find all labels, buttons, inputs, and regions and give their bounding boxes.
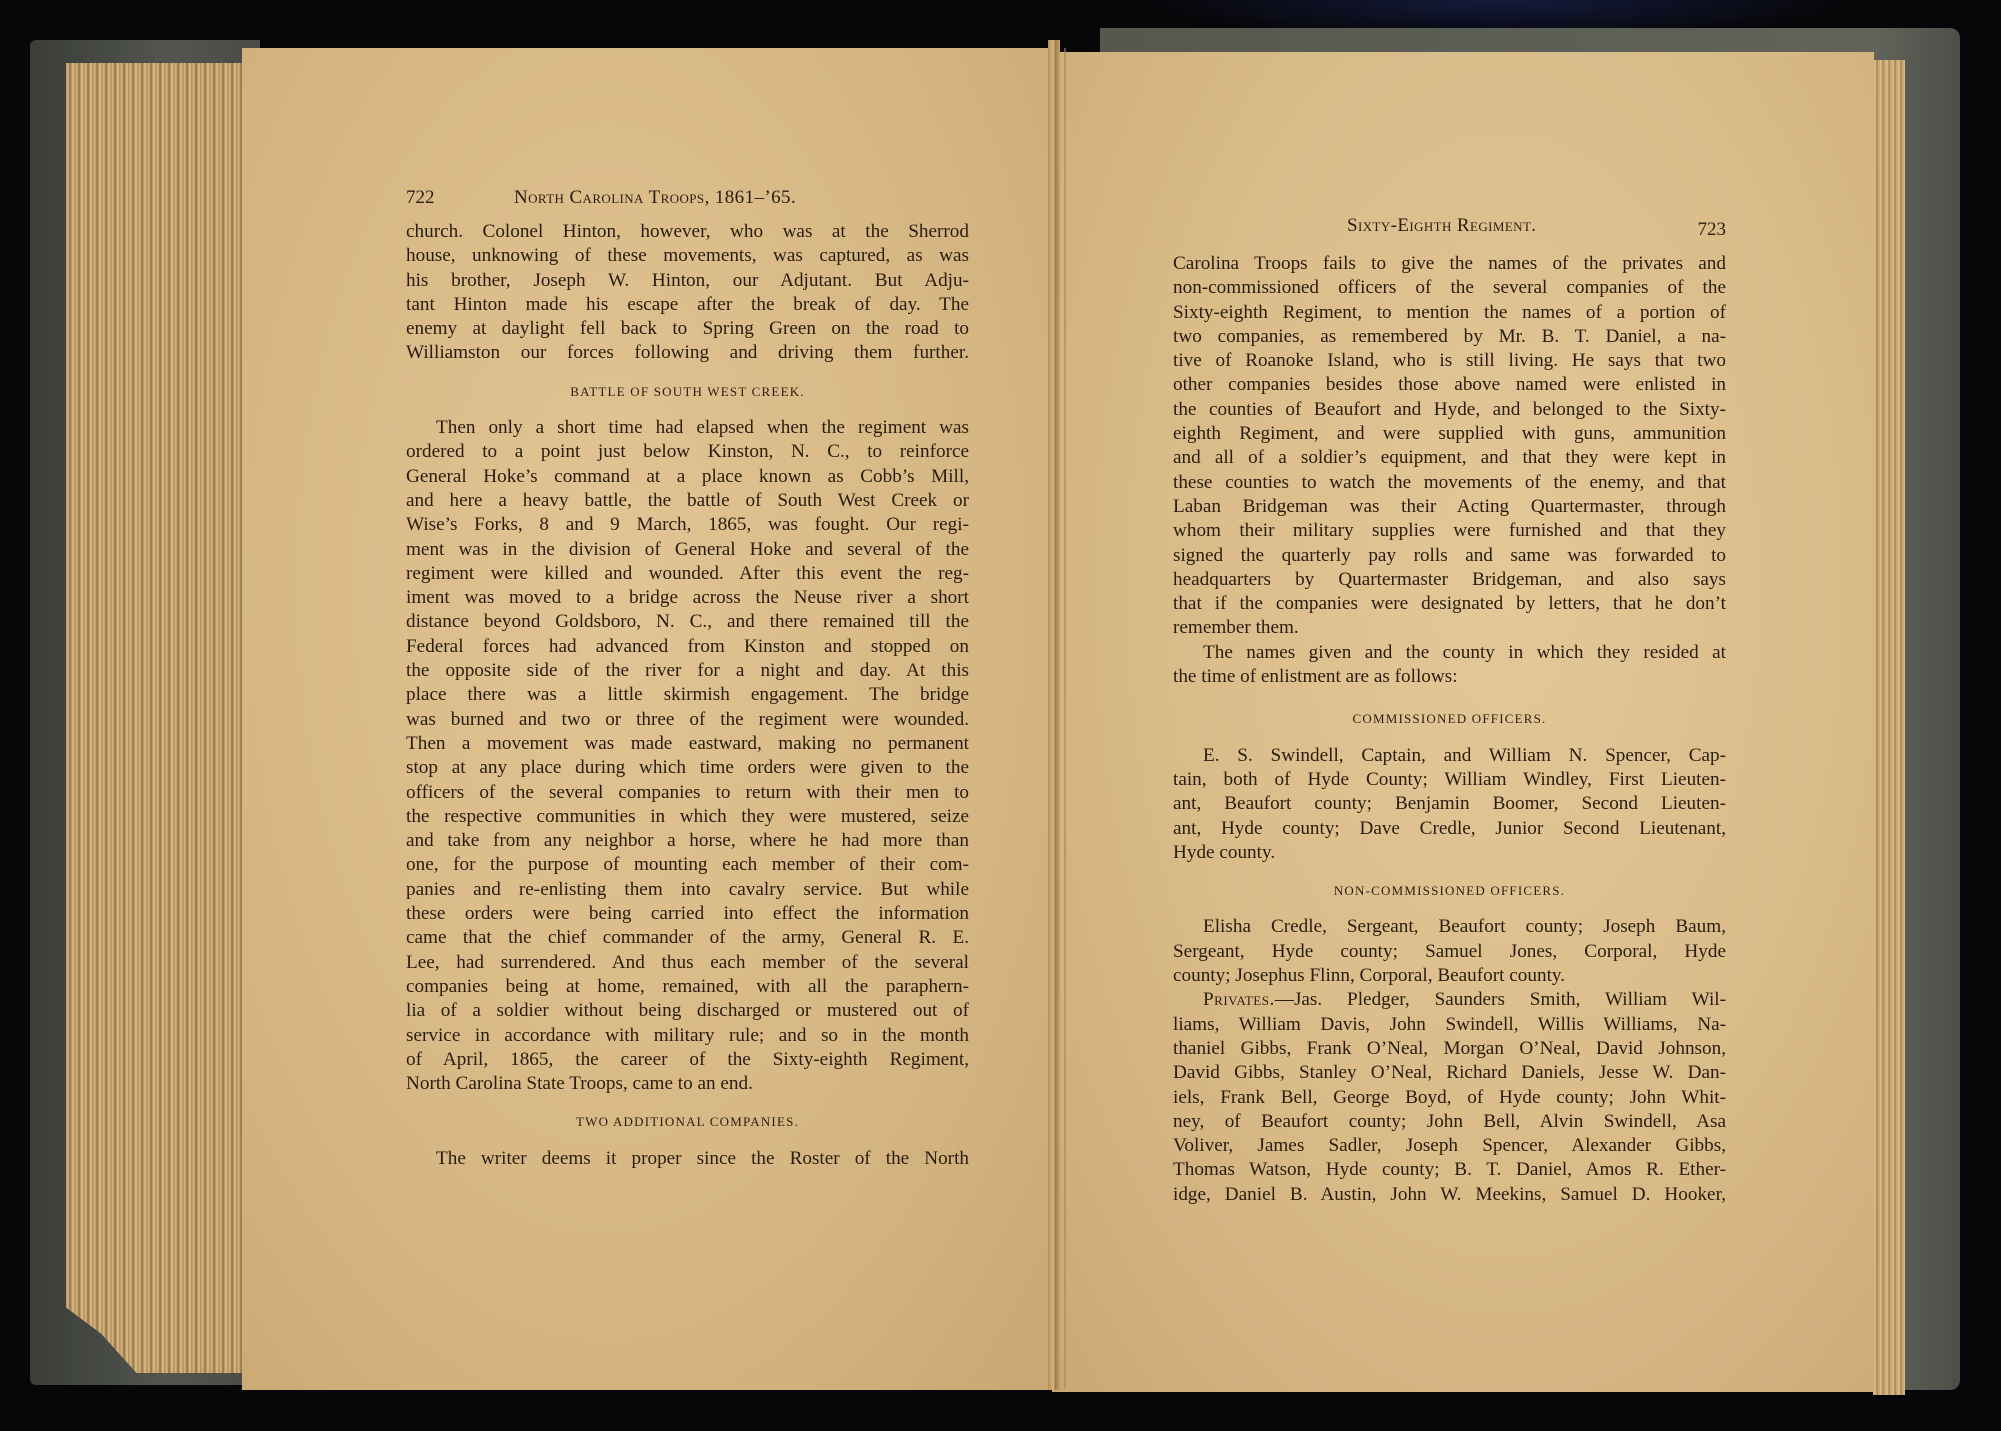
text-line: place there was a little skirmish engage… xyxy=(406,683,969,707)
text-line: panies and re-enlisting them into cavalr… xyxy=(406,878,969,902)
page-number: 723 xyxy=(1698,218,1727,242)
text-line: Lee, had surrendered. And thus each memb… xyxy=(406,951,969,975)
text-line: ant, Hyde county; Dave Credle, Junior Se… xyxy=(1173,817,1726,841)
text-line: Sixty-eighth Regiment, to mention the na… xyxy=(1173,301,1726,325)
section-heading: Non-Commissioned Officers. xyxy=(1173,879,1726,903)
text-line: was burned and two or three of the regim… xyxy=(406,708,969,732)
section-heading: Two Additional Companies. xyxy=(406,1110,969,1134)
text-line: whom their military supplies were furnis… xyxy=(1173,519,1726,543)
left-page-text: 722 North Carolina Troops, 1861–’65. chu… xyxy=(406,186,969,1171)
text-line: the counties of Beaufort and Hyde, and b… xyxy=(1173,398,1726,422)
gutter-fold-line xyxy=(1064,48,1066,1388)
text-line: of April, 1865, the career of the Sixty-… xyxy=(406,1048,969,1072)
text-line: Voliver, James Sadler, Joseph Spencer, A… xyxy=(1173,1134,1726,1158)
text-line: service in accordance with military rule… xyxy=(406,1024,969,1048)
text-line: house, unknowing of these movements, was… xyxy=(406,244,969,268)
text-line: these orders were being carried into eff… xyxy=(406,902,969,926)
text-line: eighth Regiment, and were supplied with … xyxy=(1173,422,1726,446)
text-line: Federal forces had advanced from Kinston… xyxy=(406,635,969,659)
running-title: Sixty-Eighth Regiment. xyxy=(1347,214,1536,238)
text-line: Williamston our forces following and dri… xyxy=(406,341,969,365)
text-line: tain, both of Hyde County; William Windl… xyxy=(1173,768,1726,792)
text-line: distance beyond Goldsboro, N. C., and th… xyxy=(406,610,969,634)
privates-first-line: —Jas. Pledger, Saunders Smith, William W… xyxy=(1275,989,1726,1010)
paragraph: Carolina Troops fails to give the names … xyxy=(1173,252,1726,641)
paragraph: church. Colonel Hinton, however, who was… xyxy=(406,220,969,366)
text-line: signed the quarterly pay rolls and same … xyxy=(1173,544,1726,568)
paragraph: The writer deems it proper since the Ros… xyxy=(406,1147,969,1171)
text-line: and take from any neighbor a horse, wher… xyxy=(406,829,969,853)
text-line: ney, of Beaufort county; John Bell, Alvi… xyxy=(1173,1110,1726,1134)
text-line: Laban Bridgeman was their Acting Quarter… xyxy=(1173,495,1726,519)
paragraph: Then only a short time had elapsed when … xyxy=(406,416,969,1096)
text-line: the opposite side of the river for a nig… xyxy=(406,659,969,683)
text-line: ordered to a point just below Kinston, N… xyxy=(406,440,969,464)
book-gutter xyxy=(1048,40,1060,1390)
text-line: one, for the purpose of mounting each me… xyxy=(406,853,969,877)
text-line: lia of a soldier without being discharge… xyxy=(406,999,969,1023)
text-line: iment was moved to a bridge across the N… xyxy=(406,586,969,610)
text-line: county; Josephus Flinn, Corporal, Beaufo… xyxy=(1173,964,1726,988)
text-line: ant, Beaufort county; Benjamin Boomer, S… xyxy=(1173,792,1726,816)
text-line: Hyde county. xyxy=(1173,841,1726,865)
text-line: thaniel Gibbs, Frank O’Neal, Morgan O’Ne… xyxy=(1173,1037,1726,1061)
text-line: that if the companies were designated by… xyxy=(1173,592,1726,616)
text-line: David Gibbs, Stanley O’Neal, Richard Dan… xyxy=(1173,1061,1726,1085)
text-line: came that the chief commander of the arm… xyxy=(406,926,969,950)
text-line: Sergeant, Hyde county; Samuel Jones, Cor… xyxy=(1173,940,1726,964)
paragraph-privates: Privates.—Jas. Pledger, Saunders Smith, … xyxy=(1173,988,1726,1207)
text-line: enemy at daylight fell back to Spring Gr… xyxy=(406,317,969,341)
text-line: officers of the several companies to ret… xyxy=(406,781,969,805)
text-line: church. Colonel Hinton, however, who was… xyxy=(406,220,969,244)
text-line: North Carolina State Troops, came to an … xyxy=(406,1072,969,1096)
text-line: these counties to watch the movements of… xyxy=(1173,471,1726,495)
text-line: non-commissioned officers of the several… xyxy=(1173,276,1726,300)
running-title: North Carolina Troops, 1861–’65. xyxy=(514,186,796,210)
text-line: ment was in the division of General Hoke… xyxy=(406,538,969,562)
right-running-head: Sixty-Eighth Regiment. 723 xyxy=(1173,214,1726,244)
text-line: idge, Daniel B. Austin, John W. Meekins,… xyxy=(1173,1183,1726,1207)
page-number: 722 xyxy=(406,186,435,210)
page-stack-left xyxy=(66,63,242,1373)
text-line: companies being at home, remained, with … xyxy=(406,975,969,999)
text-line: Then a movement was made eastward, makin… xyxy=(406,732,969,756)
privates-label: Privates. xyxy=(1203,989,1275,1010)
left-running-head: 722 North Carolina Troops, 1861–’65. xyxy=(406,186,969,216)
text-line: iels, Frank Bell, George Boyd, of Hyde c… xyxy=(1173,1086,1726,1110)
page-stack-right xyxy=(1873,60,1905,1395)
text-line: stop at any place during which time orde… xyxy=(406,756,969,780)
text-line: Wise’s Forks, 8 and 9 March, 1865, was f… xyxy=(406,513,969,537)
text-line: regiment were killed and wounded. After … xyxy=(406,562,969,586)
text-line: The names given and the county in which … xyxy=(1173,641,1726,665)
text-line: tant Hinton made his escape after the br… xyxy=(406,293,969,317)
text-line: Thomas Watson, Hyde county; B. T. Daniel… xyxy=(1173,1158,1726,1182)
paragraph: E. S. Swindell, Captain, and William N. … xyxy=(1173,744,1726,865)
text-line: General Hoke’s command at a place known … xyxy=(406,465,969,489)
text-line: Carolina Troops fails to give the names … xyxy=(1173,252,1726,276)
text-line: remember them. xyxy=(1173,616,1726,640)
text-line: and here a heavy battle, the battle of S… xyxy=(406,489,969,513)
section-heading: Battle of South West Creek. xyxy=(406,380,969,404)
text-line: the time of enlistment are as follows: xyxy=(1173,665,1726,689)
paragraph: The names given and the county in which … xyxy=(1173,641,1726,690)
text-line: and all of a soldier’s equipment, and th… xyxy=(1173,446,1726,470)
text-line: Then only a short time had elapsed when … xyxy=(406,416,969,440)
text-line: The writer deems it proper since the Ros… xyxy=(406,1147,969,1171)
text-line: Elisha Credle, Sergeant, Beaufort county… xyxy=(1173,915,1726,939)
text-line: E. S. Swindell, Captain, and William N. … xyxy=(1173,744,1726,768)
text-line: liams, William Davis, John Swindell, Wil… xyxy=(1173,1013,1726,1037)
section-heading: Commissioned Officers. xyxy=(1173,707,1726,731)
text-line: the respective communities in which they… xyxy=(406,805,969,829)
text-line: other companies besides those above name… xyxy=(1173,373,1726,397)
text-line: tive of Roanoke Island, who is still liv… xyxy=(1173,349,1726,373)
text-line: his brother, Joseph W. Hinton, our Adjut… xyxy=(406,269,969,293)
text-line: two companies, as remembered by Mr. B. T… xyxy=(1173,325,1726,349)
text-line: headquarters by Quartermaster Bridgeman,… xyxy=(1173,568,1726,592)
right-page-text: Sixty-Eighth Regiment. 723 Carolina Troo… xyxy=(1173,214,1726,1207)
text-line: Privates.—Jas. Pledger, Saunders Smith, … xyxy=(1173,988,1726,1012)
paragraph: Elisha Credle, Sergeant, Beaufort county… xyxy=(1173,915,1726,988)
